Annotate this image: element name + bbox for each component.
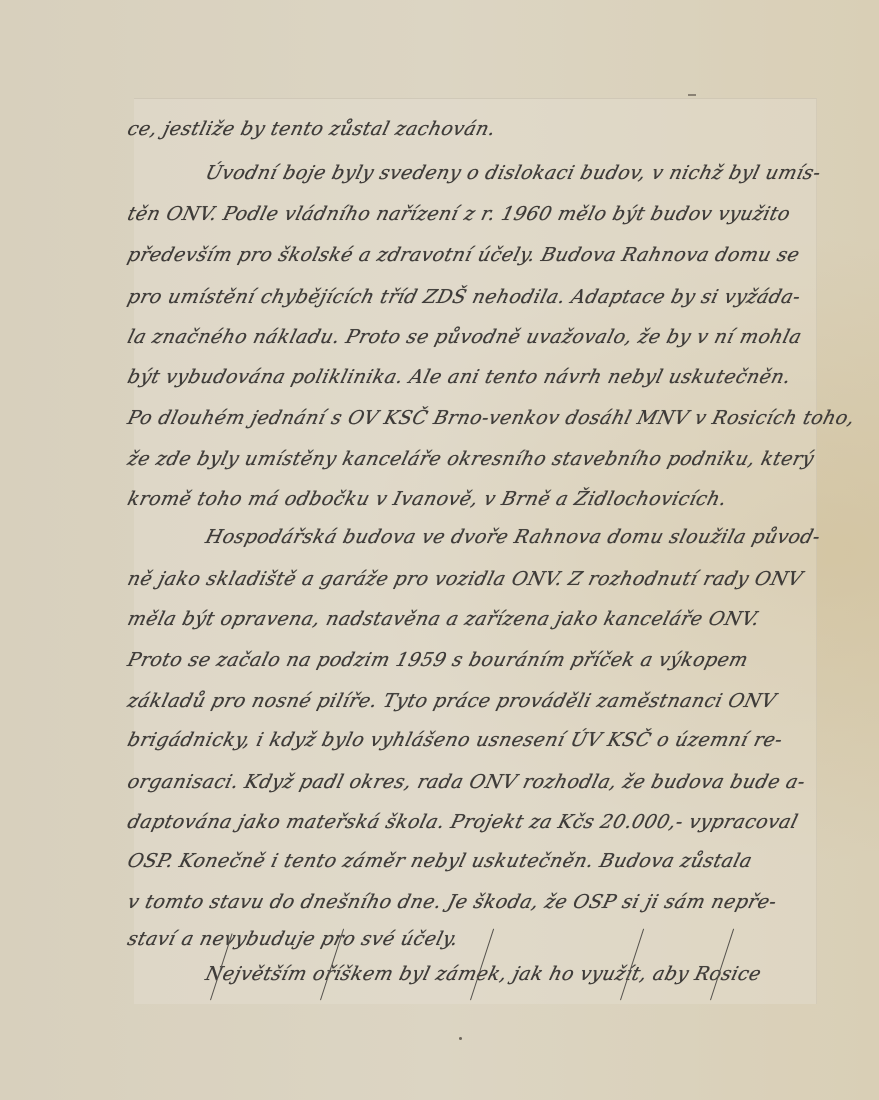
text-line: staví a nevybuduje pro své účely. — [125, 928, 460, 950]
text-line: těn ONV. Podle vládního nařízení z r. 19… — [125, 203, 793, 225]
ink-dot — [459, 1037, 462, 1040]
text-line: Úvodní boje byly svedeny o dislokaci bud… — [203, 162, 823, 184]
text-line: v tomto stavu do dnešního dne. Je škoda,… — [125, 891, 779, 913]
text-line: být vybudována poliklinika. Ale ani tent… — [125, 366, 793, 388]
text-line: měla být opravena, nadstavěna a zařízena… — [125, 608, 762, 630]
text-line: že zde byly umístěny kanceláře okresního… — [125, 448, 816, 470]
text-line: Hospodářská budova ve dvoře Rahnova domu… — [203, 526, 822, 548]
text-line: ce, jestliže by tento zůstal zachován. — [125, 118, 498, 140]
text-line: Proto se začalo na podzim 1959 s bourání… — [125, 649, 750, 671]
text-line: především pro školské a zdravotní účely.… — [125, 244, 802, 266]
text-line: kromě toho má odbočku v Ivanově, v Brně … — [125, 488, 729, 510]
text-line: OSP. Konečně i tento záměr nebyl uskuteč… — [125, 850, 754, 872]
paper-page: ce, jestliže by tento zůstal zachován. Ú… — [0, 0, 879, 1100]
text-line: daptována jako mateřská škola. Projekt z… — [125, 811, 800, 833]
text-line: ně jako skladiště a garáže pro vozidla O… — [125, 568, 805, 590]
page-mark — [688, 94, 696, 96]
text-line: organisaci. Když padl okres, rada ONV ro… — [125, 771, 807, 793]
text-line: Po dlouhém jednání s OV KSČ Brno-venkov … — [125, 407, 857, 429]
text-line: pro umístění chybějících tříd ZDŠ nehodi… — [125, 286, 803, 308]
text-line: Největším oříškem byl zámek, jak ho využ… — [203, 963, 763, 985]
text-line: základů pro nosné pilíře. Tyto práce pro… — [125, 690, 778, 712]
text-line: brigádnicky, i když bylo vyhlášeno usnes… — [125, 729, 785, 751]
text-line: la značného nákladu. Proto se původně uv… — [125, 326, 804, 348]
